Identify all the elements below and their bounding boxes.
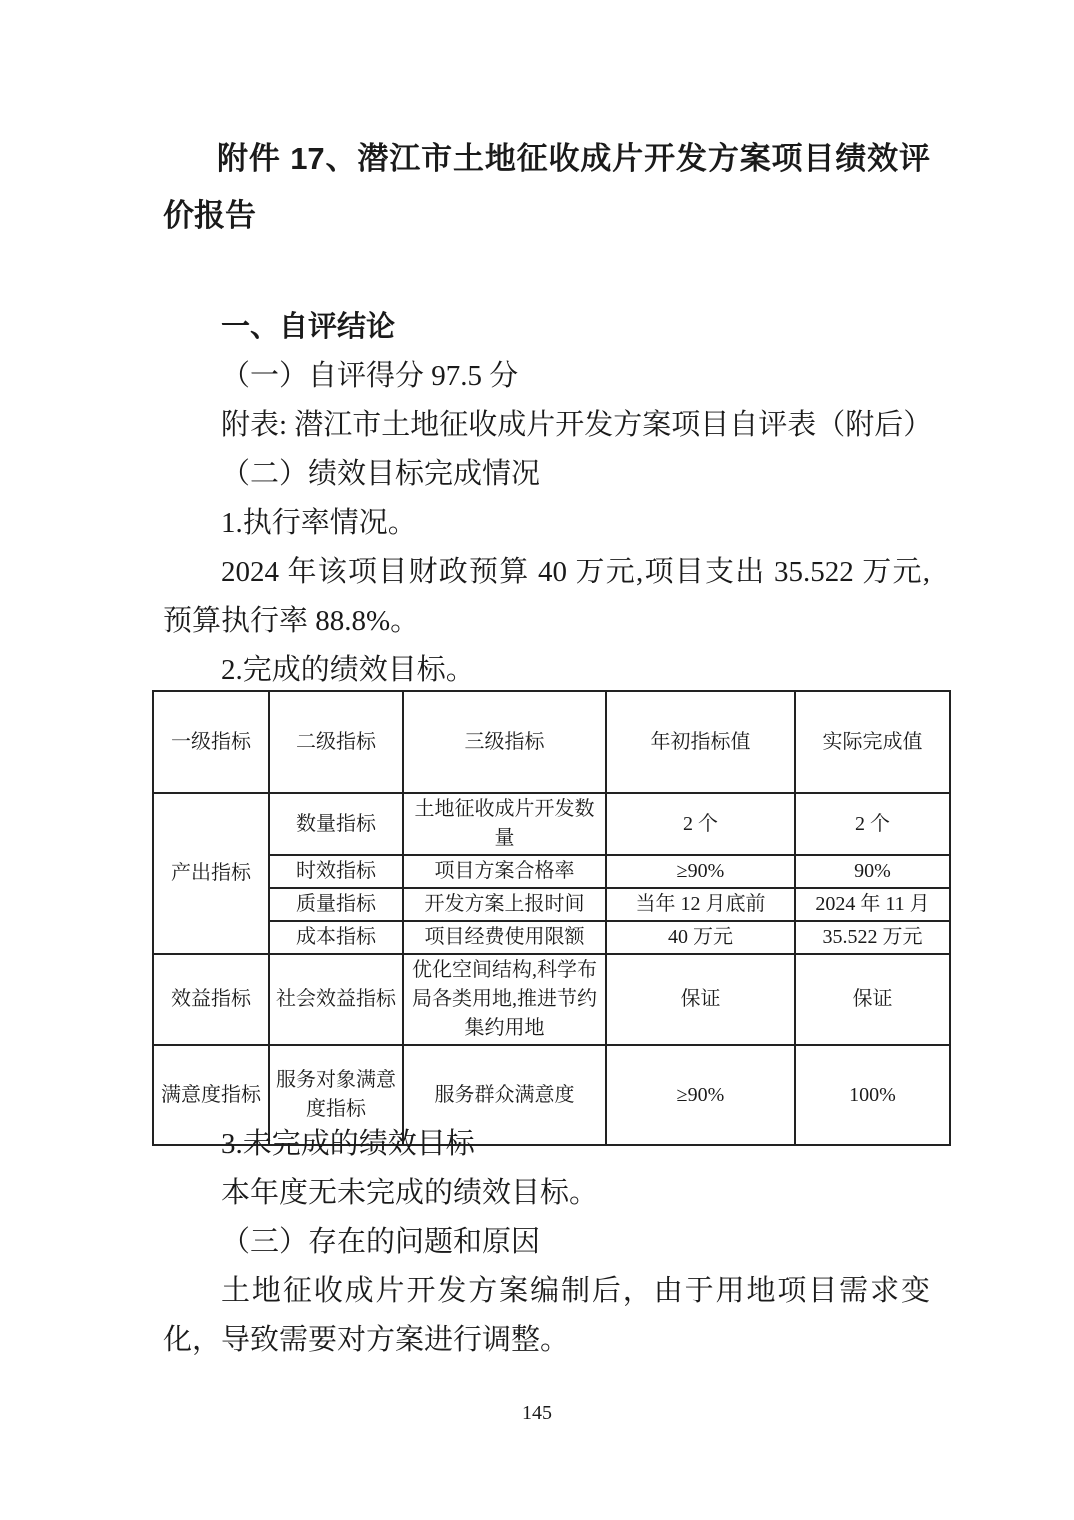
sub-heading-self-score: （一）自评得分 97.5 分 <box>163 352 930 401</box>
table-cell: 保证 <box>795 954 950 1045</box>
item-unfinished-goals: 3.未完成的绩效目标 <box>163 1120 930 1169</box>
col-header-level2: 二级指标 <box>269 691 403 793</box>
table-cell: 项目经费使用限额 <box>403 921 606 954</box>
table-cell: 社会效益指标 <box>269 954 403 1045</box>
table-cell: 2024 年 11 月 <box>795 888 950 921</box>
table-cell: 当年 12 月底前 <box>606 888 795 921</box>
table-cell: 数量指标 <box>269 793 403 855</box>
sub-heading-problems: （三）存在的问题和原因 <box>163 1218 930 1267</box>
table-row: 效益指标 社会效益指标 优化空间结构,科学布局各类用地,推进节约集约用地 保证 … <box>153 954 950 1045</box>
problem-paragraph: 土地征收成片开发方案编制后，由于用地项目需求变化，导致需要对方案进行调整。 <box>163 1267 930 1365</box>
table-cell-level1-output: 产出指标 <box>153 793 269 954</box>
col-header-actual-value: 实际完成值 <box>795 691 950 793</box>
table-cell: 项目方案合格率 <box>403 855 606 888</box>
table-cell: ≥90% <box>606 855 795 888</box>
section1-heading: 一、自评结论 <box>163 305 930 349</box>
metrics-table: 一级指标 二级指标 三级指标 年初指标值 实际完成值 产出指标 数量指标 土地征… <box>152 690 951 1146</box>
col-header-level1: 一级指标 <box>153 691 269 793</box>
attachment-note: 附表: 潜江市土地征收成片开发方案项目自评表（附后） <box>163 401 930 450</box>
budget-paragraph: 2024 年该项目财政预算 40 万元,项目支出 35.522 万元,预算执行率… <box>163 548 930 646</box>
no-unfinished-note: 本年度无未完成的绩效目标。 <box>163 1169 930 1218</box>
table-row: 时效指标 项目方案合格率 ≥90% 90% <box>153 855 950 888</box>
item-completed-goals: 2.完成的绩效目标。 <box>163 646 930 695</box>
item-execution-rate: 1.执行率情况。 <box>163 499 930 548</box>
table-row: 质量指标 开发方案上报时间 当年 12 月底前 2024 年 11 月 <box>153 888 950 921</box>
table-cell: 质量指标 <box>269 888 403 921</box>
col-header-initial-value: 年初指标值 <box>606 691 795 793</box>
table-header-row: 一级指标 二级指标 三级指标 年初指标值 实际完成值 <box>153 691 950 793</box>
table-cell: 40 万元 <box>606 921 795 954</box>
doc-title: 附件 17、潜江市土地征收成片开发方案项目绩效评价报告 <box>163 130 930 244</box>
table-cell: 优化空间结构,科学布局各类用地,推进节约集约用地 <box>403 954 606 1045</box>
table-cell: 2 个 <box>795 793 950 855</box>
table-cell: 土地征收成片开发数量 <box>403 793 606 855</box>
col-header-level3: 三级指标 <box>403 691 606 793</box>
table-cell: 90% <box>795 855 950 888</box>
table-cell: 成本指标 <box>269 921 403 954</box>
sub-heading-goal-completion: （二）绩效目标完成情况 <box>163 450 930 499</box>
document-page: 附件 17、潜江市土地征收成片开发方案项目绩效评价报告 一、自评结论 （一）自评… <box>0 0 1074 1520</box>
table-cell: 时效指标 <box>269 855 403 888</box>
table-cell: 保证 <box>606 954 795 1045</box>
page-number: 145 <box>0 1402 1074 1425</box>
table-cell: 2 个 <box>606 793 795 855</box>
table-cell: 开发方案上报时间 <box>403 888 606 921</box>
table-row: 产出指标 数量指标 土地征收成片开发数量 2 个 2 个 <box>153 793 950 855</box>
table-cell-level1-benefit: 效益指标 <box>153 954 269 1045</box>
table-cell: 35.522 万元 <box>795 921 950 954</box>
table-row: 成本指标 项目经费使用限额 40 万元 35.522 万元 <box>153 921 950 954</box>
